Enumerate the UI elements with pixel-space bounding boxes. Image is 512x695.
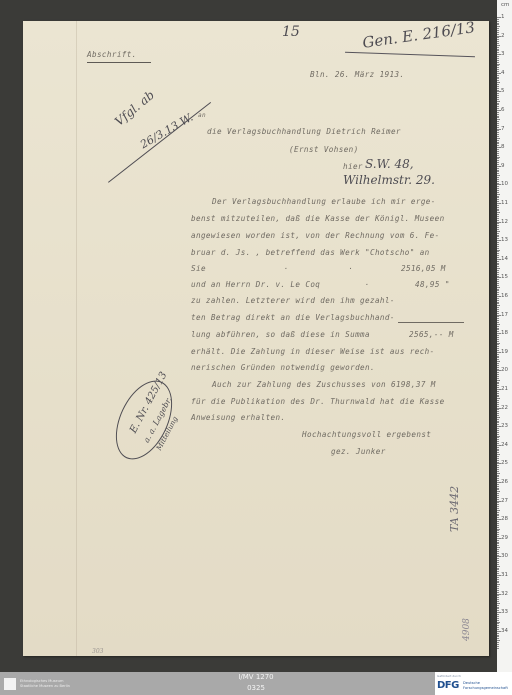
ruler-number: 21 <box>501 386 508 392</box>
body2-line-2: ten Betrag direkt an die Verlagsbuchhand… <box>191 313 395 322</box>
ruler-minor-tick <box>497 279 499 280</box>
ruler-number: 20 <box>501 367 508 373</box>
recipient-line4-hand: Wilhelmstr. 29. <box>343 173 435 187</box>
ruler-minor-tick <box>497 205 499 206</box>
ruler-minor-tick <box>497 536 499 537</box>
ruler-minor-tick <box>497 642 499 643</box>
ruler-number: 14 <box>501 256 508 262</box>
ruler-minor-tick <box>497 329 499 330</box>
ruler-minor-tick <box>497 610 499 611</box>
ruler-minor-tick <box>497 328 499 329</box>
ruler-minor-tick <box>497 441 499 442</box>
ruler-minor-tick <box>497 469 499 470</box>
payment-row-1-label: Sie <box>191 264 206 273</box>
ruler-minor-tick <box>497 117 499 118</box>
ruler-minor-tick <box>497 322 499 323</box>
body-line-4: bruar d. Js. , betreffend das Werk "Chot… <box>191 248 430 257</box>
ruler-number: 34 <box>501 628 508 634</box>
ruler-minor-tick <box>497 45 500 46</box>
ruler-minor-tick <box>497 93 499 94</box>
ruler-minor-tick <box>497 196 499 197</box>
ruler-minor-tick <box>497 415 499 416</box>
ruler-minor-tick <box>497 515 499 516</box>
ruler-minor-tick <box>497 311 499 312</box>
ruler-minor-tick <box>497 566 500 567</box>
ruler-minor-tick <box>497 149 499 150</box>
body-line-1: Der Verlagsbuchhandlung erlaube ich mir … <box>212 197 436 206</box>
ruler-minor-tick <box>497 622 500 623</box>
body-line-3: angewiesen worden ist, von der Rechnung … <box>191 231 440 240</box>
ruler-minor-tick <box>497 620 499 621</box>
ruler-minor-tick <box>497 292 499 293</box>
ruler-minor-tick <box>497 207 499 208</box>
ruler-minor-tick <box>497 365 499 366</box>
sponsor-name: Deutsche Forschungsgemeinschaft <box>463 681 508 690</box>
ruler-minor-tick <box>497 97 499 98</box>
ruler-minor-tick <box>497 136 499 137</box>
ruler-minor-tick <box>497 47 499 48</box>
ruler-number: 25 <box>501 460 508 466</box>
ruler-minor-tick <box>497 251 499 252</box>
ruler-minor-tick <box>497 229 499 230</box>
body2-line-3: lung abführen, so daß diese in Summa <box>191 330 370 339</box>
ruler-minor-tick <box>497 344 499 345</box>
ruler-minor-tick <box>497 393 499 394</box>
ruler-minor-tick <box>497 383 499 384</box>
ruler-minor-tick <box>497 512 499 513</box>
ruler-minor-tick <box>497 473 500 474</box>
ruler-minor-tick <box>497 56 499 57</box>
ruler-minor-tick <box>497 86 499 87</box>
ruler-minor-tick <box>497 127 499 128</box>
ruler-minor-tick <box>497 547 500 548</box>
ruler-minor-tick <box>497 361 500 362</box>
ruler-minor-tick <box>497 80 499 81</box>
ruler-minor-tick <box>497 173 499 174</box>
ruler-minor-tick <box>497 343 500 344</box>
ruler-minor-tick <box>497 421 499 422</box>
ruler-minor-tick <box>497 588 499 589</box>
ruler-minor-tick <box>497 99 499 100</box>
ruler-minor-tick <box>497 134 499 135</box>
ruler-minor-tick <box>497 616 499 617</box>
ruler-minor-tick <box>497 119 500 120</box>
ruler-minor-tick <box>497 274 499 275</box>
vertical-note-bottom-right: 4908 <box>462 618 472 641</box>
ruler-minor-tick <box>497 346 499 347</box>
ruler-minor-tick <box>497 497 499 498</box>
ruler-minor-tick <box>497 155 499 156</box>
ruler-minor-tick <box>497 348 499 349</box>
ruler-minor-tick <box>497 595 499 596</box>
ruler-minor-tick <box>497 175 500 176</box>
ruler-minor-tick <box>497 188 499 189</box>
ruler-minor-tick <box>497 104 499 105</box>
ruler-minor-tick <box>497 103 499 104</box>
ruler-minor-tick <box>497 41 499 42</box>
ruler-minor-tick <box>497 283 499 284</box>
ruler-minor-tick <box>497 558 499 559</box>
ruler-minor-tick <box>497 409 499 410</box>
ruler-number: 27 <box>501 498 508 504</box>
ruler-minor-tick <box>497 504 499 505</box>
payment-row-2-label: und an Herrn Dr. v. Le Coq <box>191 280 320 289</box>
ruler-minor-tick <box>497 422 499 423</box>
ruler-number: 12 <box>501 219 508 225</box>
ruler-minor-tick <box>497 510 500 511</box>
ruler-minor-tick <box>497 305 500 306</box>
sum-rule <box>398 322 464 323</box>
ruler-minor-tick <box>497 21 499 22</box>
paper-fold-line <box>76 21 77 656</box>
body3-line-2: für die Publikation des Dr. Thurnwald ha… <box>191 397 445 406</box>
ruler-minor-tick <box>497 636 499 637</box>
ruler-number: 5 <box>501 88 505 94</box>
ruler-minor-tick <box>497 460 499 461</box>
ruler-minor-tick <box>497 363 499 364</box>
ruler-minor-tick <box>497 400 499 401</box>
ruler-minor-tick <box>497 443 499 444</box>
bottom-left-pencil: 303 <box>92 648 103 655</box>
ruler-minor-tick <box>497 532 499 533</box>
ruler-minor-tick <box>497 108 499 109</box>
ruler-minor-tick <box>497 77 499 78</box>
ruler-number: 26 <box>501 479 508 485</box>
ruler-minor-tick <box>497 190 499 191</box>
ruler-minor-tick <box>497 157 500 158</box>
ruler-number: 6 <box>501 107 505 113</box>
ruler-minor-tick <box>497 341 499 342</box>
ruler-minor-tick <box>497 285 499 286</box>
ruler-minor-tick <box>497 123 499 124</box>
ruler-minor-tick <box>497 489 499 490</box>
ruler-minor-tick <box>497 49 499 50</box>
ruler-number: 1 <box>501 14 505 20</box>
ruler-minor-tick <box>497 244 499 245</box>
ruler-minor-tick <box>497 223 499 224</box>
ruler-minor-tick <box>497 385 499 386</box>
ruler-minor-tick <box>497 199 499 200</box>
ruler-minor-tick <box>497 194 500 195</box>
ruler-minor-tick <box>497 599 499 600</box>
ruler-minor-tick <box>497 158 499 159</box>
ruler-minor-tick <box>497 24 499 25</box>
ruler-minor-tick <box>497 212 500 213</box>
ruler-minor-tick <box>497 499 499 500</box>
dfg-mark: DFG <box>437 680 459 691</box>
ruler-minor-tick <box>497 235 499 236</box>
ruler-minor-tick <box>497 411 499 412</box>
ruler-minor-tick <box>497 233 499 234</box>
recipient-line3-typed: hier <box>343 162 363 171</box>
ruler-minor-tick <box>497 289 499 290</box>
ruler-minor-tick <box>497 638 499 639</box>
ruler-minor-tick <box>497 294 499 295</box>
ruler-minor-tick <box>497 320 499 321</box>
ruler-minor-tick <box>497 406 499 407</box>
ruler-minor-tick <box>497 214 499 215</box>
ruler-minor-tick <box>497 43 499 44</box>
date-line: Bln. 26. März 1913. <box>310 70 404 79</box>
ruler-minor-tick <box>497 484 499 485</box>
ruler-minor-tick <box>497 506 499 507</box>
ruler-minor-tick <box>497 324 500 325</box>
ruler-minor-tick <box>497 238 499 239</box>
ruler-number: 11 <box>501 200 508 206</box>
ruler-number: 15 <box>501 274 508 280</box>
ruler-minor-tick <box>497 331 499 332</box>
margin-note-top-suffix: an <box>198 112 206 119</box>
ruler-number: 31 <box>501 572 508 578</box>
ruler-minor-tick <box>497 502 499 503</box>
centimeter-ruler: cm 1234567891011121314151617181920212223… <box>497 0 512 672</box>
ruler-minor-tick <box>497 231 500 232</box>
ruler-minor-tick <box>497 605 499 606</box>
ruler-minor-tick <box>497 627 499 628</box>
ruler-minor-tick <box>497 633 499 634</box>
ruler-minor-tick <box>497 246 499 247</box>
ruler-minor-tick <box>497 339 499 340</box>
ruler-minor-tick <box>497 263 499 264</box>
ruler-minor-tick <box>497 586 499 587</box>
ruler-minor-tick <box>497 287 500 288</box>
sum-amount: 2565,-- M <box>409 330 454 339</box>
recipient-line1: die Verlagsbuchhandlung Dietrich Reimer <box>207 127 401 136</box>
ruler-number: 19 <box>501 349 508 355</box>
ruler-minor-tick <box>497 387 499 388</box>
ruler-minor-tick <box>497 644 499 645</box>
ruler-minor-tick <box>497 527 499 528</box>
ruler-minor-tick <box>497 601 499 602</box>
ruler-minor-tick <box>497 517 499 518</box>
ruler-minor-tick <box>497 584 500 585</box>
ruler-minor-tick <box>497 253 499 254</box>
ruler-minor-tick <box>497 350 499 351</box>
ruler-minor-tick <box>497 236 499 237</box>
closing-line: Hochachtungsvoll ergebenst <box>302 430 431 439</box>
ruler-minor-tick <box>497 125 499 126</box>
ruler-minor-tick <box>497 618 499 619</box>
page-number-handwritten: 15 <box>282 24 300 40</box>
ruler-minor-tick <box>497 449 499 450</box>
ruler-number: 33 <box>501 609 508 615</box>
ruler-minor-tick <box>497 417 500 418</box>
ruler-minor-tick <box>497 32 499 33</box>
ruler-minor-tick <box>497 402 499 403</box>
ruler-minor-tick <box>497 450 499 451</box>
ruler-minor-tick <box>497 58 499 59</box>
ruler-minor-tick <box>497 590 499 591</box>
body2-line-4: erhält. Die Zahlung in dieser Weise ist … <box>191 347 435 356</box>
ruler-minor-tick <box>497 635 499 636</box>
ruler-number: 18 <box>501 330 508 336</box>
ruler-minor-tick <box>497 318 499 319</box>
ruler-minor-tick <box>497 186 499 187</box>
ruler-minor-tick <box>497 171 499 172</box>
ruler-minor-tick <box>497 369 499 370</box>
ruler-minor-tick <box>497 121 499 122</box>
ruler-minor-tick <box>497 478 499 479</box>
ruler-minor-tick <box>497 560 499 561</box>
ruler-minor-tick <box>497 467 499 468</box>
ruler-minor-tick <box>497 145 499 146</box>
ruler-minor-tick <box>497 356 499 357</box>
body3-line-1: Auch zur Zahlung des Zuschusses von 6198… <box>212 380 436 389</box>
ruler-minor-tick <box>497 437 499 438</box>
ruler-minor-tick <box>497 300 499 301</box>
ruler-minor-tick <box>497 568 499 569</box>
ruler-minor-tick <box>497 382 499 383</box>
ruler-minor-tick <box>497 592 499 593</box>
ruler-minor-tick <box>497 225 499 226</box>
ruler-minor-tick <box>497 62 499 63</box>
ruler-minor-tick <box>497 26 500 27</box>
ruler-minor-tick <box>497 354 499 355</box>
ruler-minor-tick <box>497 447 499 448</box>
ruler-minor-tick <box>497 555 499 556</box>
ruler-minor-tick <box>497 313 499 314</box>
ruler-minor-tick <box>497 452 499 453</box>
ruler-minor-tick <box>497 428 499 429</box>
ruler-minor-tick <box>497 153 499 154</box>
ruler-minor-tick <box>497 307 499 308</box>
ruler-minor-tick <box>497 39 499 40</box>
ruler-minor-tick <box>497 130 499 131</box>
ruler-minor-tick <box>497 183 499 184</box>
ruler-minor-tick <box>497 302 499 303</box>
ruler-minor-tick <box>497 521 499 522</box>
payment-row-2-dots: . <box>365 278 370 287</box>
ruler-minor-tick <box>497 486 499 487</box>
ruler-minor-tick <box>497 290 499 291</box>
ruler-minor-tick <box>497 357 499 358</box>
ruler-minor-tick <box>497 508 499 509</box>
ruler-number: 30 <box>501 553 508 559</box>
ruler-minor-tick <box>497 640 500 641</box>
ruler-minor-tick <box>497 50 499 51</box>
ruler-minor-tick <box>497 480 499 481</box>
ruler-minor-tick <box>497 465 499 466</box>
dfg-sponsor-logo: Gefördert durch DFG Deutsche Forschungsg… <box>435 672 512 695</box>
ruler-minor-tick <box>497 471 499 472</box>
ruler-minor-tick <box>497 227 499 228</box>
ruler-minor-tick <box>497 250 500 251</box>
ruler-minor-tick <box>497 475 499 476</box>
header-underline <box>87 62 151 63</box>
ruler-minor-tick <box>497 114 499 115</box>
ruler-minor-tick <box>497 248 499 249</box>
ruler-minor-tick <box>497 88 499 89</box>
ruler-number: 13 <box>501 237 508 243</box>
ruler-minor-tick <box>497 413 499 414</box>
ruler-minor-tick <box>497 549 499 550</box>
ruler-minor-tick <box>497 571 499 572</box>
ruler-number: 32 <box>501 591 508 597</box>
ruler-minor-tick <box>497 255 499 256</box>
sponsor-caption: Gefördert durch <box>437 674 461 678</box>
ruler-minor-tick <box>497 542 499 543</box>
ruler-minor-tick <box>497 439 499 440</box>
ruler-minor-tick <box>497 404 499 405</box>
ruler-minor-tick <box>497 581 499 582</box>
ruler-minor-tick <box>497 101 500 102</box>
ruler-minor-tick <box>497 298 499 299</box>
ruler-minor-tick <box>497 380 500 381</box>
ruler-minor-tick <box>497 281 499 282</box>
recipient-line3-hand: S.W. 48, <box>365 157 414 171</box>
ruler-minor-tick <box>497 112 499 113</box>
ruler-minor-tick <box>497 579 499 580</box>
ruler-minor-tick <box>497 493 499 494</box>
ruler-number: 4 <box>501 70 505 76</box>
ruler-minor-tick <box>497 34 499 35</box>
vertical-note-right: TA 3442 <box>448 486 461 532</box>
ruler-minor-tick <box>497 534 499 535</box>
ruler-minor-tick <box>497 60 499 61</box>
ruler-minor-tick <box>497 164 499 165</box>
ruler-minor-tick <box>497 491 500 492</box>
ruler-minor-tick <box>497 562 499 563</box>
ruler-number: 23 <box>501 423 508 429</box>
ruler-minor-tick <box>497 525 499 526</box>
ruler-minor-tick <box>497 220 499 221</box>
ruler-minor-tick <box>497 458 499 459</box>
ruler-minor-tick <box>497 551 499 552</box>
ruler-minor-tick <box>497 577 499 578</box>
ruler-minor-tick <box>497 266 499 267</box>
ruler-number: 28 <box>501 516 508 522</box>
payment-row-1-amount: 2516,05 M <box>401 264 446 273</box>
ruler-minor-tick <box>497 30 499 31</box>
ruler-minor-tick <box>497 170 499 171</box>
ruler-minor-tick <box>497 337 499 338</box>
ruler-minor-tick <box>497 23 499 24</box>
ruler-number: 3 <box>501 51 505 57</box>
ruler-minor-tick <box>497 316 499 317</box>
ruler-minor-tick <box>497 597 499 598</box>
ruler-minor-tick <box>497 142 499 143</box>
ruler-minor-tick <box>497 216 499 217</box>
ruler-minor-tick <box>497 37 499 38</box>
ruler-minor-tick <box>497 608 499 609</box>
sponsor-name-line2: Forschungsgemeinschaft <box>463 686 508 691</box>
ruler-minor-tick <box>497 543 499 544</box>
ruler-number: 2 <box>501 33 505 39</box>
ruler-minor-tick <box>497 648 499 649</box>
ruler-minor-tick <box>497 603 500 604</box>
ruler-minor-tick <box>497 19 499 20</box>
ruler-minor-tick <box>497 614 499 615</box>
ruler-minor-tick <box>497 272 499 273</box>
ruler-minor-tick <box>497 523 499 524</box>
ruler-minor-tick <box>497 430 499 431</box>
ruler-number: 8 <box>501 144 505 150</box>
ruler-minor-tick <box>497 179 499 180</box>
ruler-minor-tick <box>497 242 499 243</box>
ruler-minor-tick <box>497 209 499 210</box>
ruler-minor-tick <box>497 75 499 76</box>
ruler-minor-tick <box>497 270 499 271</box>
ruler-minor-tick <box>497 326 499 327</box>
ruler-minor-tick <box>497 623 499 624</box>
ruler-minor-tick <box>497 140 499 141</box>
ruler-minor-tick <box>497 143 499 144</box>
ruler-minor-tick <box>497 573 499 574</box>
signature-line: gez. Junker <box>331 447 386 456</box>
ruler-minor-tick <box>497 495 499 496</box>
ruler-minor-tick <box>497 151 499 152</box>
ruler-minor-tick <box>497 432 499 433</box>
